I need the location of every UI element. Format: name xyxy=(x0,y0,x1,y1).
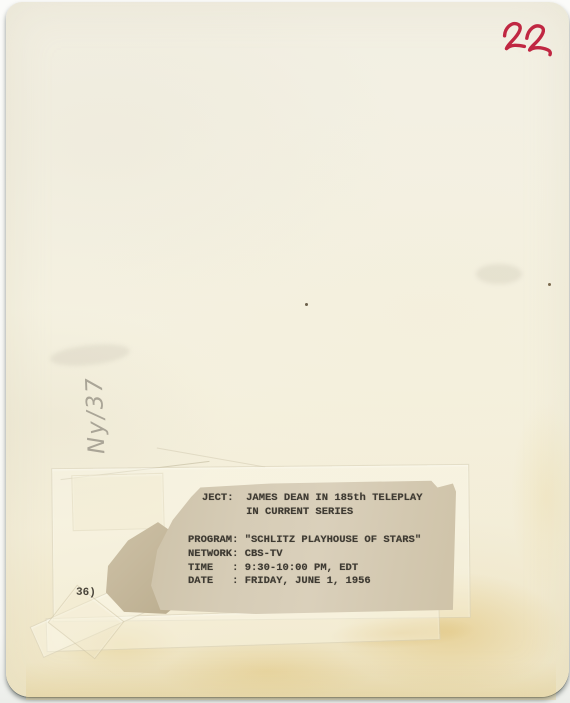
caption-subject-block: JECT: JAMES DEAN IN 185th TELEPLAY IN CU… xyxy=(202,492,423,520)
age-stain xyxy=(511,402,570,592)
surface-smudge xyxy=(476,264,522,284)
pencil-notation: Ny/37 xyxy=(81,367,114,464)
age-stain xyxy=(156,642,376,700)
faint-stamp-smudge xyxy=(49,341,131,369)
paper-speck xyxy=(548,283,551,286)
caption-label: JECT: JAMES DEAN IN 185th TELEPLAY IN CU… xyxy=(148,478,456,614)
age-stain-bottom-band xyxy=(26,662,556,700)
scanner-background: Ny/37 JECT: JAMES DEAN IN 185th TEL xyxy=(0,0,570,703)
red-number-handwriting xyxy=(498,14,561,68)
caption-detail-block: PROGRAM: "SCHLITZ PLAYHOUSE OF STARS" NE… xyxy=(188,534,421,589)
photo-verso: Ny/37 JECT: JAMES DEAN IN 185th TEL xyxy=(6,2,569,697)
paper-speck xyxy=(305,303,308,306)
typed-number-fragment: 36) xyxy=(76,587,96,600)
